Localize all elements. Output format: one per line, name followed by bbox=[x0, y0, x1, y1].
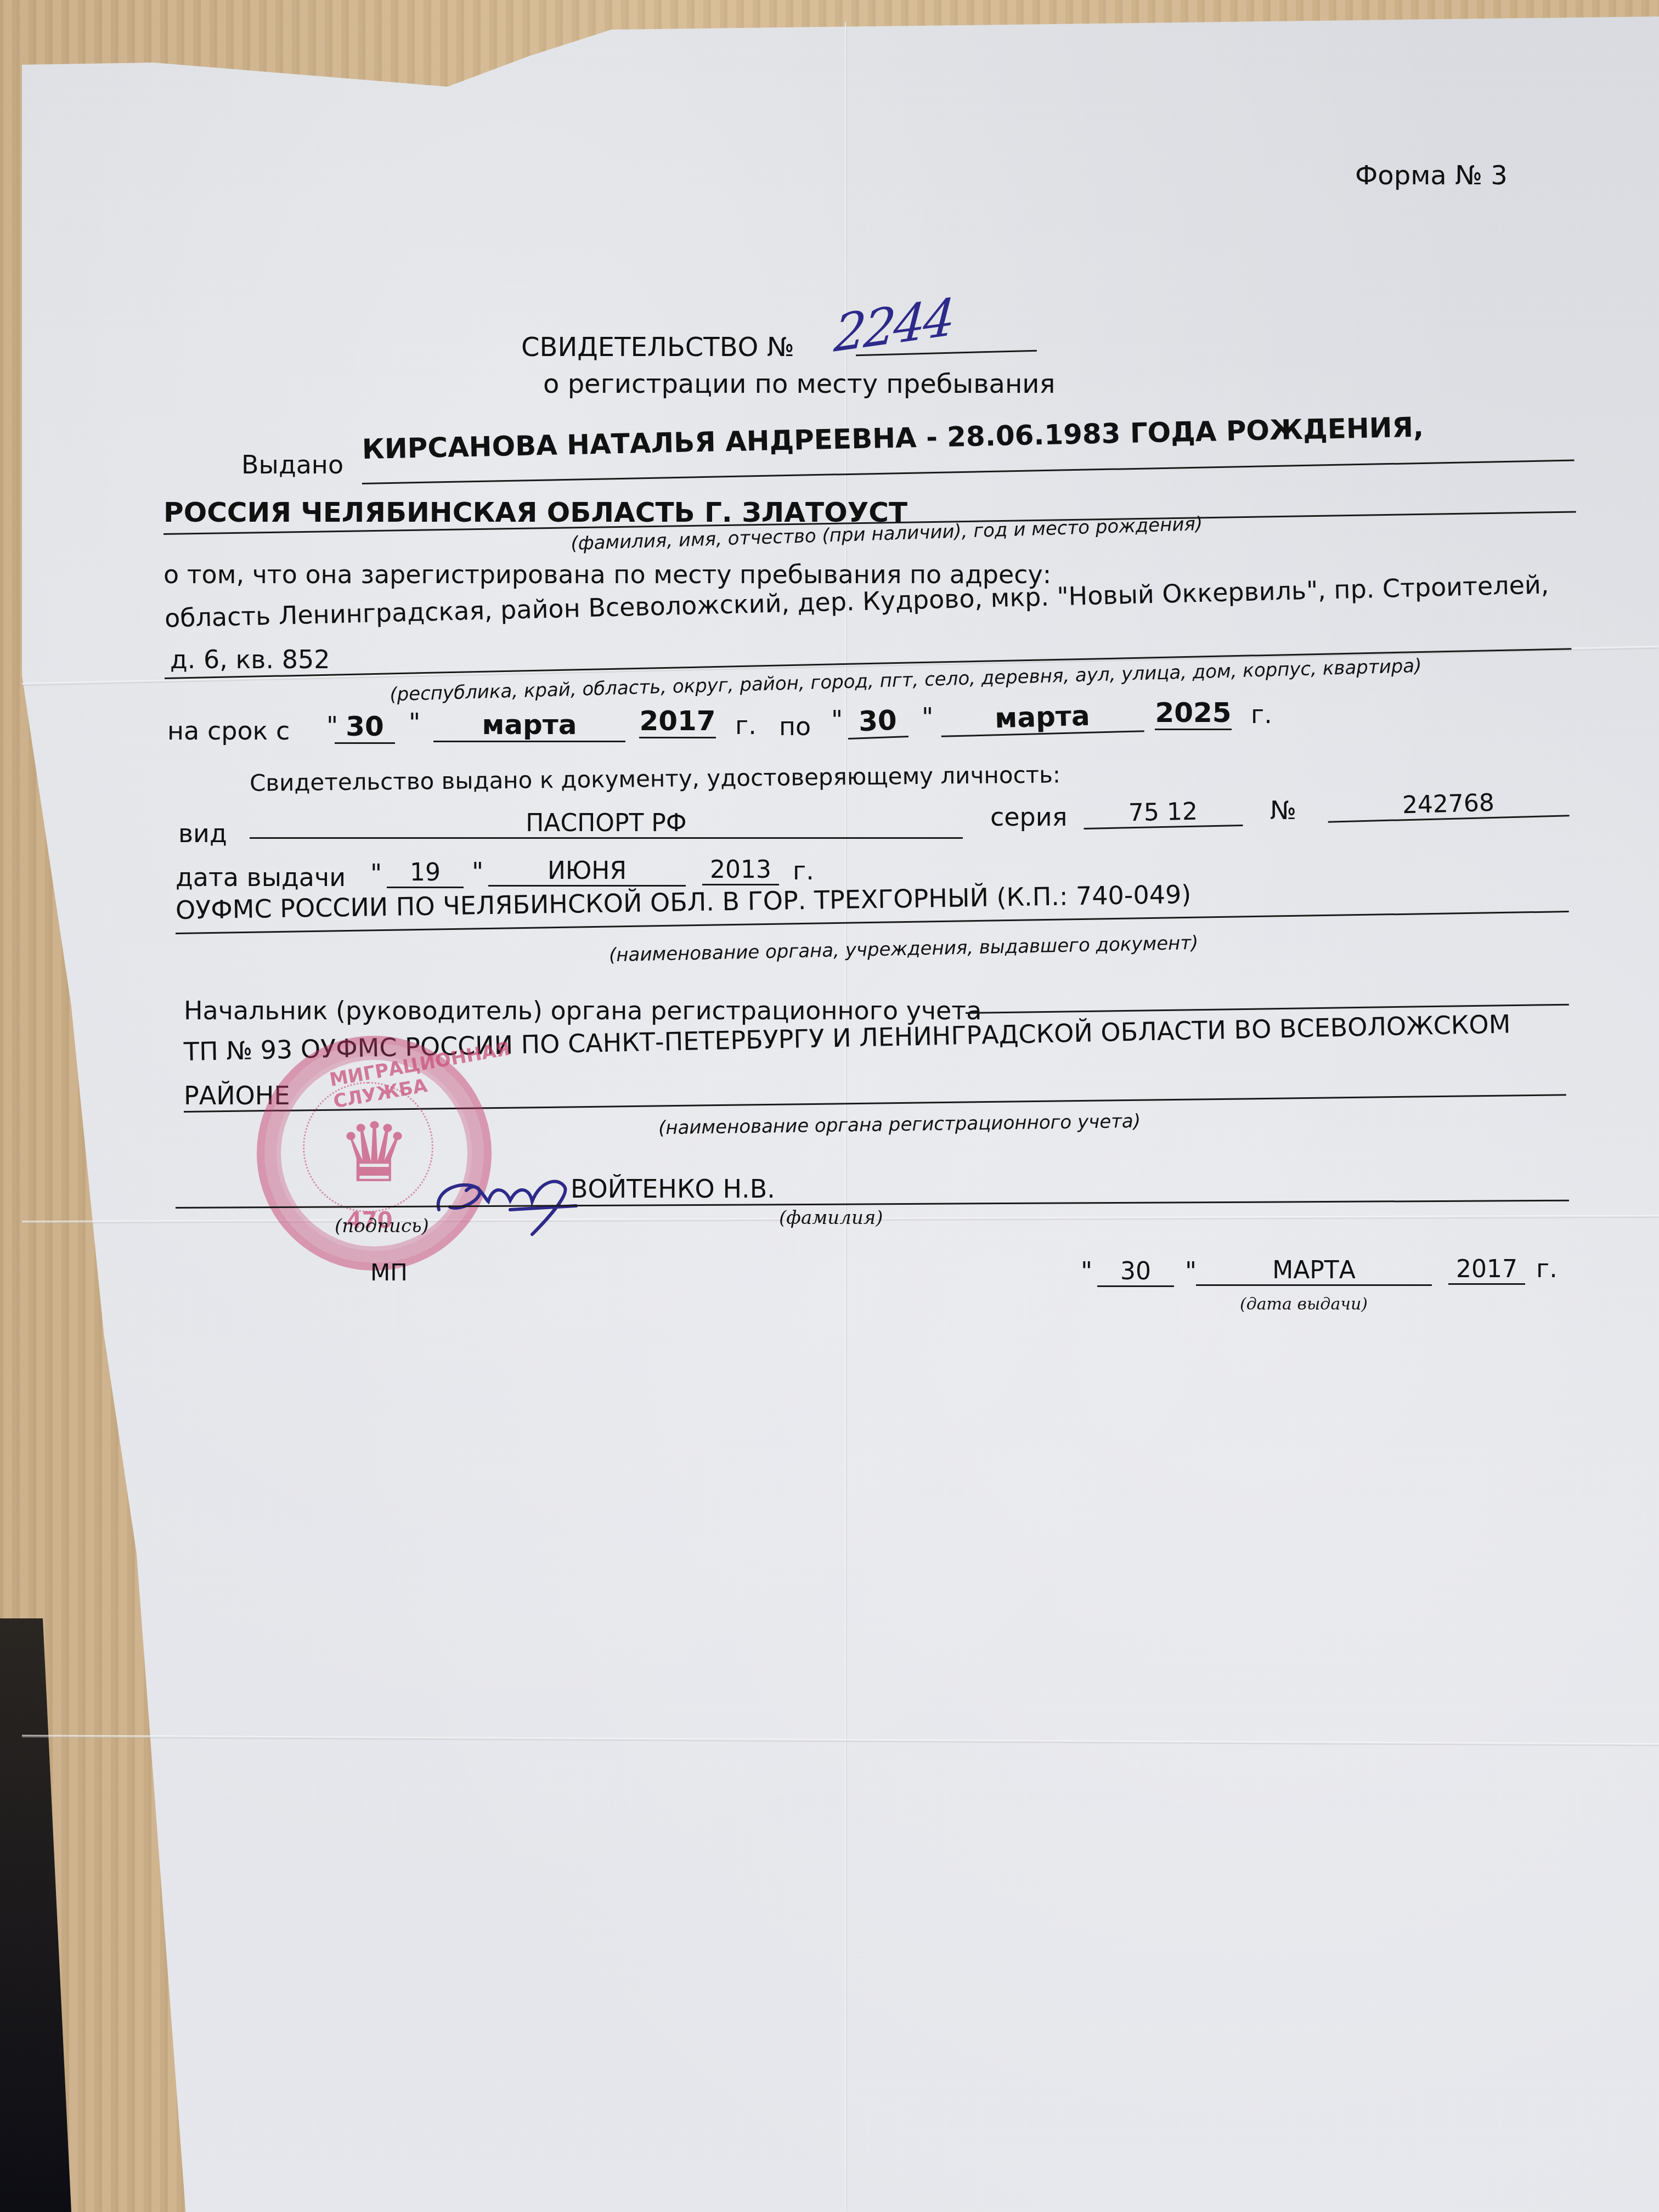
quote-mark: " bbox=[831, 705, 843, 735]
authority-caption: (наименование органа регистрационного уч… bbox=[658, 1110, 1141, 1139]
doc-number-value: 242768 bbox=[1327, 787, 1569, 822]
term-to-month: марта bbox=[940, 698, 1144, 737]
registration-certificate: Форма № 3 СВИДЕТЕЛЬСТВО № 2244 о регистр… bbox=[0, 0, 1659, 2212]
term-from-day: 30 bbox=[335, 710, 395, 744]
term-to-day: 30 bbox=[847, 704, 909, 740]
quote-mark: " bbox=[472, 857, 483, 887]
doc-issue-day: 19 bbox=[387, 859, 464, 888]
quote-mark: " bbox=[922, 702, 933, 732]
issue-month: МАРТА bbox=[1196, 1256, 1432, 1286]
year-suffix: г. bbox=[793, 856, 814, 885]
quote-mark: " bbox=[409, 708, 420, 737]
double-headed-eagle-icon: ♛ bbox=[319, 1098, 429, 1208]
term-to-year: 2025 bbox=[1155, 697, 1232, 730]
certificate-title: СВИДЕТЕЛЬСТВО № bbox=[521, 332, 794, 363]
term-label: на срок с bbox=[167, 716, 290, 746]
doc-issuer-caption: (наименование органа, учреждения, выдавш… bbox=[609, 932, 1199, 966]
issue-year: 2017 bbox=[1448, 1255, 1525, 1285]
holder-name-and-birthdate: КИРСАНОВА НАТАЛЬЯ АНДРЕЕВНА - 28.06.1983… bbox=[362, 411, 1424, 465]
year-suffix: г. bbox=[1251, 699, 1272, 729]
quote-mark: " bbox=[370, 859, 382, 888]
doc-series-value: 75 12 bbox=[1083, 797, 1243, 830]
doc-series-label: серия bbox=[990, 802, 1067, 832]
quote-mark: " bbox=[1081, 1256, 1092, 1286]
official-surname: ВОЙТЕНКО Н.В. bbox=[571, 1174, 775, 1204]
issue-date-caption: (дата выдачи) bbox=[1240, 1295, 1368, 1314]
underline bbox=[362, 460, 1575, 484]
signature-caption: (подпись) bbox=[335, 1215, 429, 1237]
term-from-year: 2017 bbox=[639, 705, 716, 738]
surname-caption: (фамилия) bbox=[779, 1207, 883, 1229]
handwritten-signature bbox=[428, 1158, 592, 1240]
quote-mark: " bbox=[1185, 1256, 1197, 1286]
doc-issue-year: 2013 bbox=[702, 856, 779, 885]
issue-day: 30 bbox=[1097, 1257, 1174, 1287]
certificate-subtitle: о регистрации по месту пребывания bbox=[543, 369, 1055, 399]
address-line-2: д. 6, кв. 852 bbox=[170, 645, 330, 674]
doc-type-value: ПАСПОРТ РФ bbox=[250, 809, 963, 839]
doc-issue-date-label: дата выдачи bbox=[176, 862, 346, 892]
doc-type-label: вид bbox=[178, 819, 227, 848]
doc-issue-month: ИЮНЯ bbox=[488, 857, 686, 887]
term-to-label: по bbox=[779, 712, 811, 741]
issued-to-label: Выдано bbox=[241, 450, 343, 479]
form-number-label: Форма № 3 bbox=[1355, 160, 1508, 191]
year-suffix: г. bbox=[735, 710, 757, 740]
authority-head-label: Начальник (руководитель) органа регистра… bbox=[184, 996, 981, 1025]
seal-place-label: МП bbox=[370, 1259, 408, 1286]
term-from-month: марта bbox=[433, 709, 625, 742]
doc-number-label: № bbox=[1270, 795, 1296, 825]
identity-doc-intro: Свидетельство выдано к документу, удосто… bbox=[250, 761, 1060, 796]
year-suffix: г. bbox=[1536, 1254, 1558, 1283]
